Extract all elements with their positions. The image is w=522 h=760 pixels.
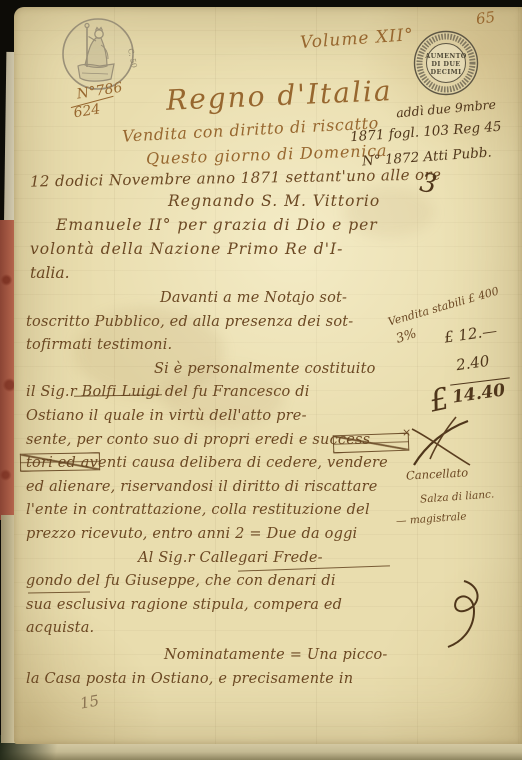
body-paragraph: Davanti a me Notajo sot-toscritto Pubbli… (26, 287, 404, 358)
margin-note-line3: — magistrale (396, 511, 467, 528)
protocol-number: N°786 624 (76, 80, 127, 121)
handwritten-line: Davanti a me Notajo sot- (26, 287, 404, 311)
hour-flourish: 3 (418, 168, 440, 200)
regnando-line-2: Emanuele II° per grazia di Dio e per (56, 216, 378, 234)
aumento-due-decimi-stamp: AUMENTO DI DUE DECIMI (412, 29, 480, 97)
handwritten-line: Si è personalmente costituito (26, 358, 404, 382)
margin-cancellato: Cancellato (406, 465, 469, 482)
handwritten-line: Ostiano il quale in virtù dell'atto pre- (26, 405, 404, 429)
body-paragraph: Al Sig.r Callegari Frede-gondo del fu Gi… (26, 547, 404, 641)
regnando-line-3: volontà della Nazione Primo Re d'I- (30, 240, 343, 258)
handwritten-line: ed alienare, riservandosi il diritto di … (26, 476, 404, 500)
handwritten-line: toscritto Pubblico, ed alla presenza dei… (26, 311, 404, 335)
body-paragraph: Nominatamente = Una picco-la Casa posta … (26, 644, 404, 691)
manuscript-page: C. 50 AUMENTO DI DUE DECIMI 65 Volume XI… (14, 7, 522, 744)
volume-label: Volume XII° (299, 25, 414, 53)
handwritten-line: Nominatamente = Una picco- (26, 644, 404, 668)
handwritten-line: l'ente in contrattazione, colla restituz… (26, 499, 404, 523)
registration-note-line1: addì due 9mbre (396, 97, 497, 121)
cancellation-flourish (406, 415, 476, 471)
handwritten-line: la Casa posta in Ostiano, e precisamente… (26, 668, 404, 692)
document-subtitle: Vendita con diritto di riscatto (122, 113, 380, 145)
scanned-notarial-deed: { "colors": { "paper": "#e9ddae", "ink_b… (0, 0, 522, 760)
svg-text:AUMENTO: AUMENTO (424, 52, 466, 60)
svg-text:DECIMI: DECIMI (431, 68, 462, 76)
lira-symbol: £ (427, 381, 453, 419)
margin-tax-amount: £ 12.— (443, 321, 498, 346)
binding-edge-cream (1, 515, 15, 743)
margin-note-line2: Salza di lianc. (420, 488, 495, 505)
handwritten-line: tofirmati testimoni. (26, 334, 404, 358)
under-page-edge (0, 742, 522, 760)
deed-body-text: Davanti a me Notajo sot-toscritto Pubbli… (26, 287, 404, 691)
document-title: Regno d'Italia (165, 74, 393, 117)
cancelled-word-box-2 (20, 452, 100, 471)
handwritten-line: gondo del fu Giuseppe, che con denari di (26, 570, 404, 594)
page-number: 65 (475, 8, 496, 28)
handwritten-line: sua esclusiva ragione stipula, compera e… (26, 594, 404, 618)
svg-text:DI DUE: DI DUE (431, 60, 460, 68)
regnando-line-1: Regnando S. M. Vittorio (168, 192, 380, 210)
regnando-line-4: talia. (30, 264, 70, 282)
cancelled-word-box-1 (333, 433, 410, 454)
margin-tax-surcharge: 2.40 (455, 352, 491, 374)
notary-paraph-flourish (434, 575, 490, 651)
handwritten-line: acquista. (26, 617, 404, 641)
handwritten-line: prezzo ricevuto, entro anni 2 = Due da o… (26, 523, 404, 547)
handwritten-line: il Sig.r Bolfi Luigi del fu Francesco di (26, 381, 404, 405)
date-line: 12 dodici Novembre anno 1871 settant'uno… (30, 165, 442, 190)
folio-number: 15 (79, 691, 101, 712)
day-line: Questo giorno di Domenica (146, 141, 388, 168)
